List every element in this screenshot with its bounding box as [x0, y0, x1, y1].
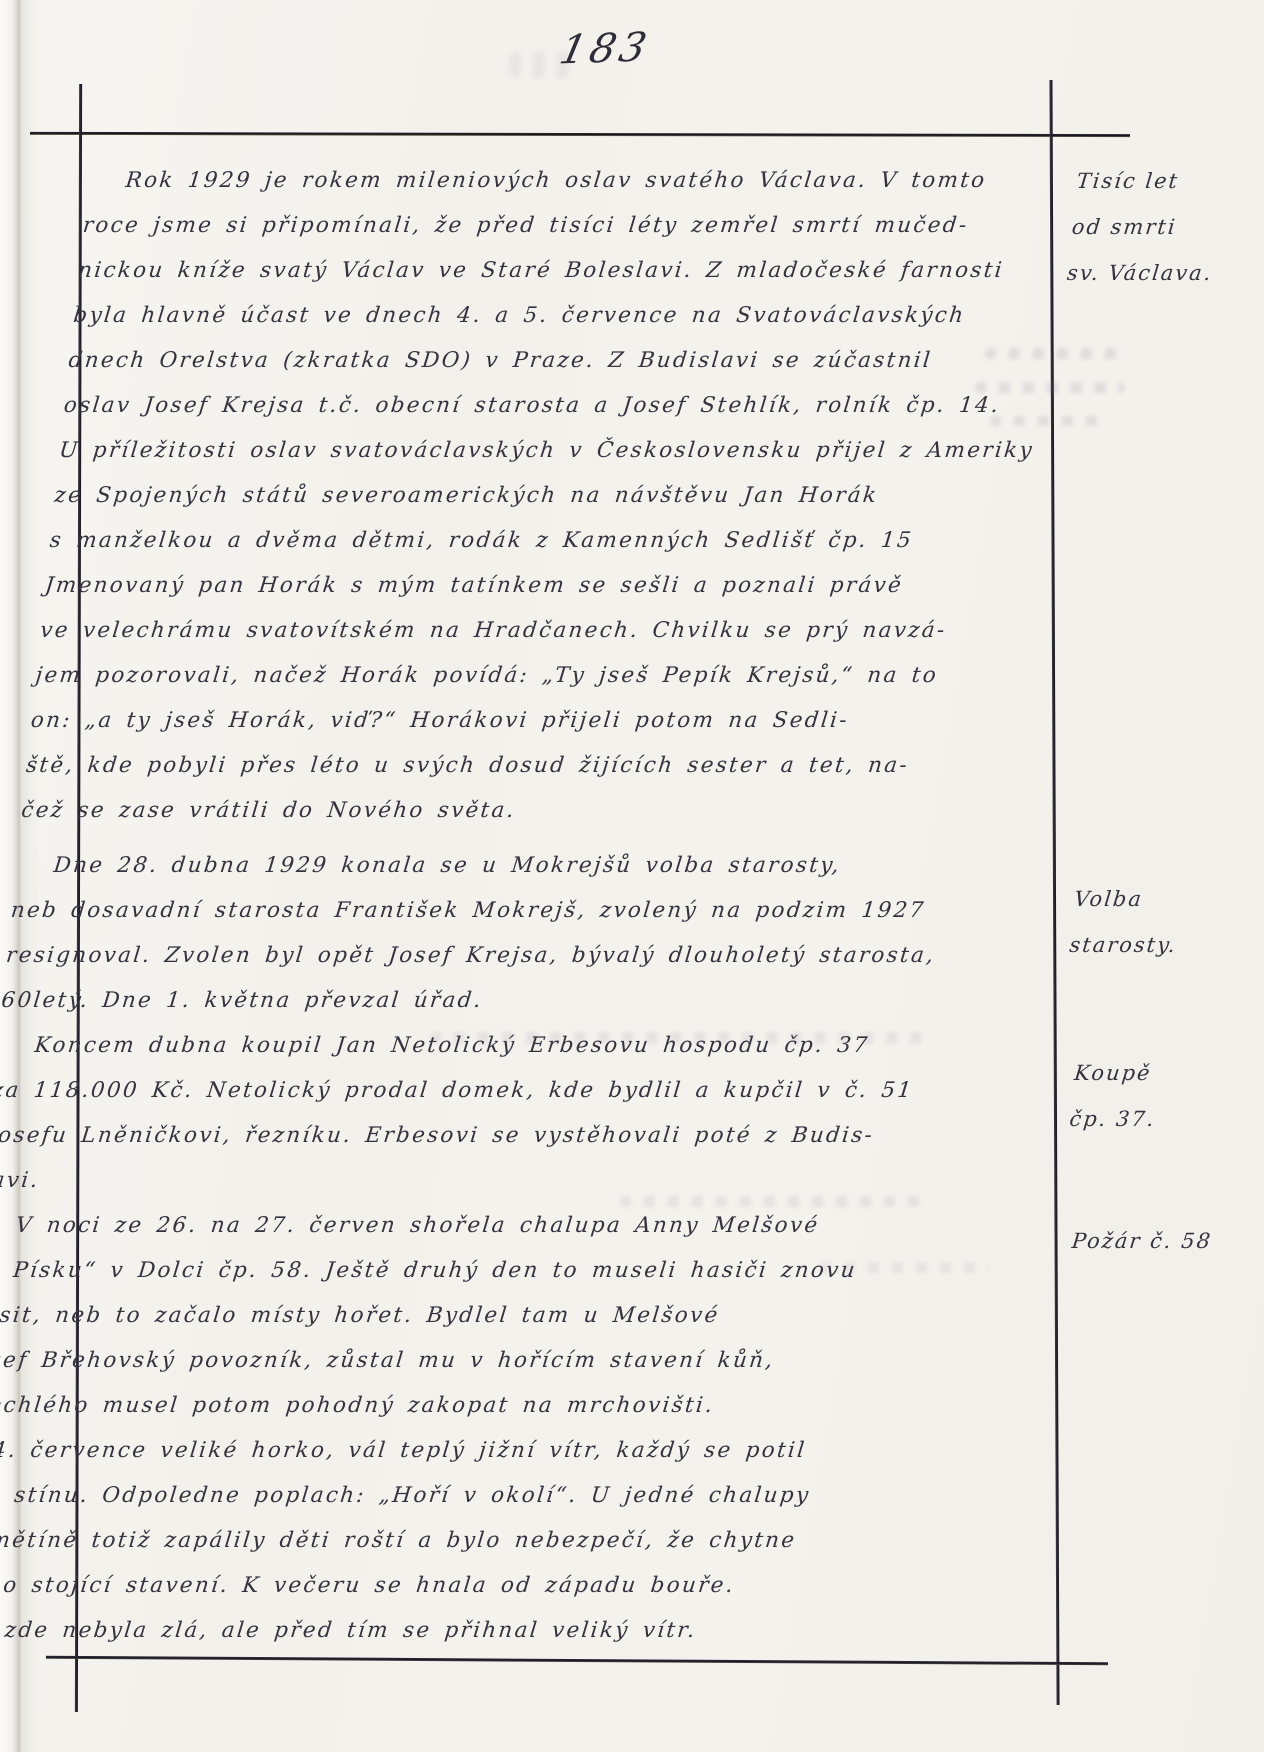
text-line: Koncem dubna koupil Jan Netolický Erbeso…	[0, 1023, 957, 1068]
text-line: Tato zde nebyla zlá, ale před tím se při…	[0, 1608, 896, 1653]
text-line: ve velechrámu svatovítském na Hradčanech…	[38, 608, 1001, 653]
text-line: Josef Břehovský povozník, zůstal mu v ho…	[0, 1338, 924, 1383]
margin-note-line: čp. 37.	[1067, 1096, 1252, 1142]
margin-note-line: Tisíc let	[1074, 158, 1259, 204]
text-line: dnech Orelstva (zkratka SDO) v Praze. Z …	[66, 338, 1029, 383]
text-line: Jmenovaný pan Horák s mým tatínkem se se…	[43, 563, 1006, 608]
chronicle-page-scan: 183 Rok 1929 je rokem mileniových oslav …	[0, 0, 1264, 1752]
page-number: 183	[535, 24, 676, 75]
text-line: oslav Josef Krejsa t.č. obecní starosta …	[62, 383, 1025, 428]
margin-note-line: starosty.	[1067, 922, 1252, 968]
text-line: zdechlého musel potom pohodný zakopat na…	[0, 1383, 919, 1428]
margin-note-mayor-election: Volba starosty.	[1067, 876, 1257, 968]
margin-note-st-wenceslas: Tisíc let od smrti sv. Václava.	[1065, 158, 1260, 296]
text-line: U příležitosti oslav svatováclavských v …	[57, 428, 1020, 473]
text-line: čež se zase vrátili do Nového světa.	[19, 788, 982, 833]
text-line: resignoval. Zvolen byl opět Josef Krejsa…	[4, 933, 967, 978]
text-line: nickou kníže svatý Václav ve Staré Boles…	[76, 248, 1039, 293]
text-line: blízko stojící stavení. K večeru se hnal…	[0, 1563, 900, 1608]
main-handwritten-text: Rok 1929 je rokem mileniových oslav svat…	[0, 158, 1048, 1653]
margin-note-fire: Požár č. 58	[1070, 1218, 1255, 1264]
text-line: ště, kde pobyli přes léto u svých dosud …	[24, 743, 987, 788]
margin-note-line: od smrti	[1070, 204, 1255, 250]
text-line: Dne 28. dubna 1929 konala se u Mokrejšů …	[13, 843, 976, 888]
text-line: neb dosavadní starosta František Mokrejš…	[9, 888, 972, 933]
text-line: i ve stínu. Odpoledne poplach: „Hoří v o…	[0, 1473, 910, 1518]
text-line: on: „a ty jseš Horák, viď?“ Horákovi při…	[29, 698, 992, 743]
margin-note-line: Volba	[1072, 876, 1257, 922]
margin-note-line: sv. Václava.	[1065, 250, 1250, 296]
margin-note-purchase: Koupě čp. 37.	[1067, 1050, 1257, 1142]
text-line: ze Spojených států severoamerických na n…	[52, 473, 1015, 518]
text-line: 4. července veliké horko, vál teplý jižn…	[0, 1428, 915, 1473]
right-margin-rule	[1049, 80, 1059, 1705]
margin-note-line: Požár č. 58	[1070, 1218, 1255, 1264]
text-line: hasit, neb to začalo místy hořet. Bydlel…	[0, 1293, 929, 1338]
text-line: 60letý. Dne 1. května převzal úřad.	[0, 978, 962, 1023]
text-line: Josefu Lněničkovi, řezníku. Erbesovi se …	[0, 1113, 948, 1158]
text-line: Rok 1929 je rokem mileniových oslav svat…	[85, 158, 1048, 203]
margin-note-line: Koupě	[1072, 1050, 1257, 1096]
text-line: „z Písku“ v Dolci čp. 58. Ještě druhý de…	[0, 1248, 933, 1293]
text-line: lavi.	[0, 1158, 943, 1203]
text-line: V noci ze 26. na 27. červen shořela chal…	[0, 1203, 938, 1248]
text-line: za 118.000 Kč. Netolický prodal domek, k…	[0, 1068, 952, 1113]
text-line: s manželkou a dvěma dětmi, rodák z Kamen…	[47, 518, 1010, 563]
text-line: roce jsme si připomínali, že před tisíci…	[81, 203, 1044, 248]
text-line: byla hlavně účast ve dnech 4. a 5. červe…	[71, 293, 1034, 338]
bottom-rule	[46, 1656, 1108, 1665]
text-line: v Změtíně totiž zapálily děti roští a by…	[0, 1518, 905, 1563]
text-line: jem pozorovali, načež Horák povídá: „Ty …	[33, 653, 996, 698]
top-rule	[30, 132, 1130, 137]
